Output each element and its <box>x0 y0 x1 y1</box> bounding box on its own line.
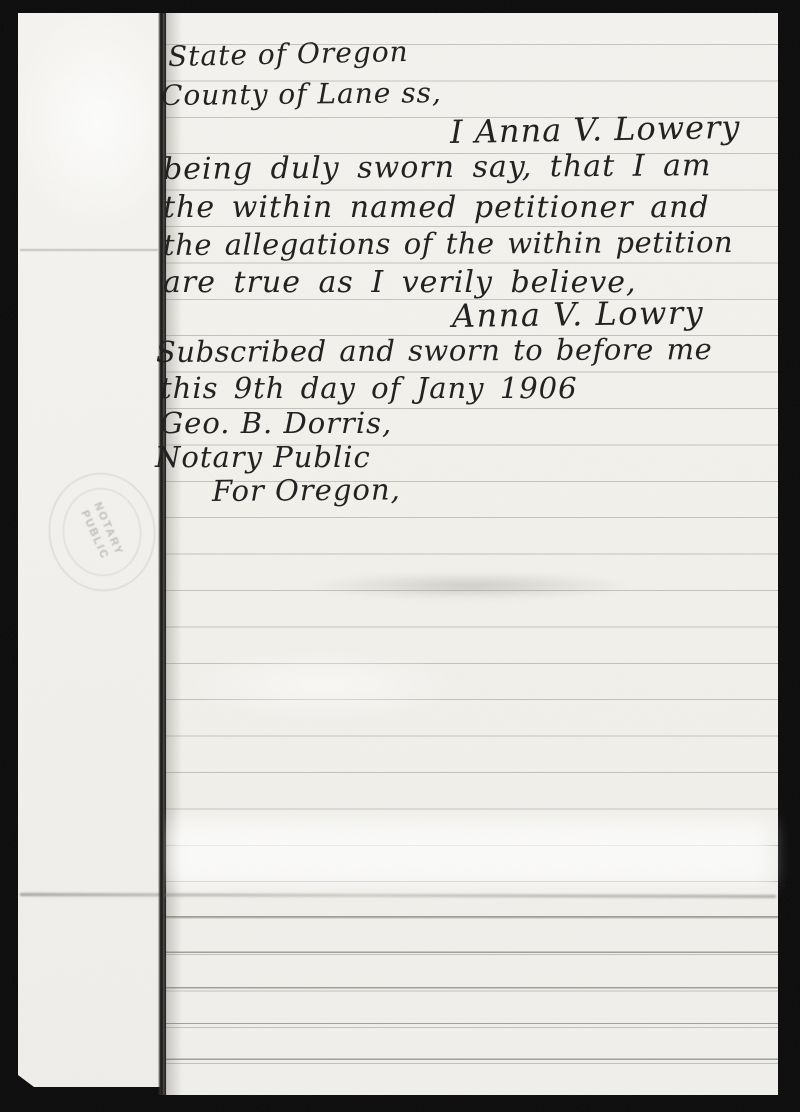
handwriting-line-notary-state: For Oregon, <box>212 472 401 508</box>
scanned-document: NOTARY PUBLIC State of Oregon County of … <box>0 0 800 1112</box>
handwriting-line-body-3: the allegations of the within petition <box>163 225 733 262</box>
handwriting-line-deponent: I Anna V. Lowery <box>450 108 741 151</box>
handwriting-line-body-1: being duly sworn say, that I am <box>163 148 712 187</box>
scan-smudge <box>255 568 685 604</box>
ruled-lines-bottom <box>166 916 778 1066</box>
handwriting-line-notary-title: Notary Public <box>155 440 371 474</box>
handwriting-line-notary-name: Geo. B. Dorris, <box>160 406 392 440</box>
handwriting-line-state: State of Oregon <box>168 35 409 73</box>
handwriting-line-jurat-date: this 9th day of Jany 1906 <box>160 371 578 405</box>
paper-haze <box>170 640 510 730</box>
handwriting-line-county: County of Lane ss, <box>161 76 442 112</box>
handwriting-line-jurat-1: Subscribed and sworn to before me <box>156 332 712 369</box>
handwriting-line-signature: Anna V. Lowry <box>452 293 705 335</box>
paper-bright-band <box>170 822 770 884</box>
crease-line-upper <box>20 249 158 251</box>
handwriting-line-body-2: the within named petitioner and <box>163 190 710 225</box>
